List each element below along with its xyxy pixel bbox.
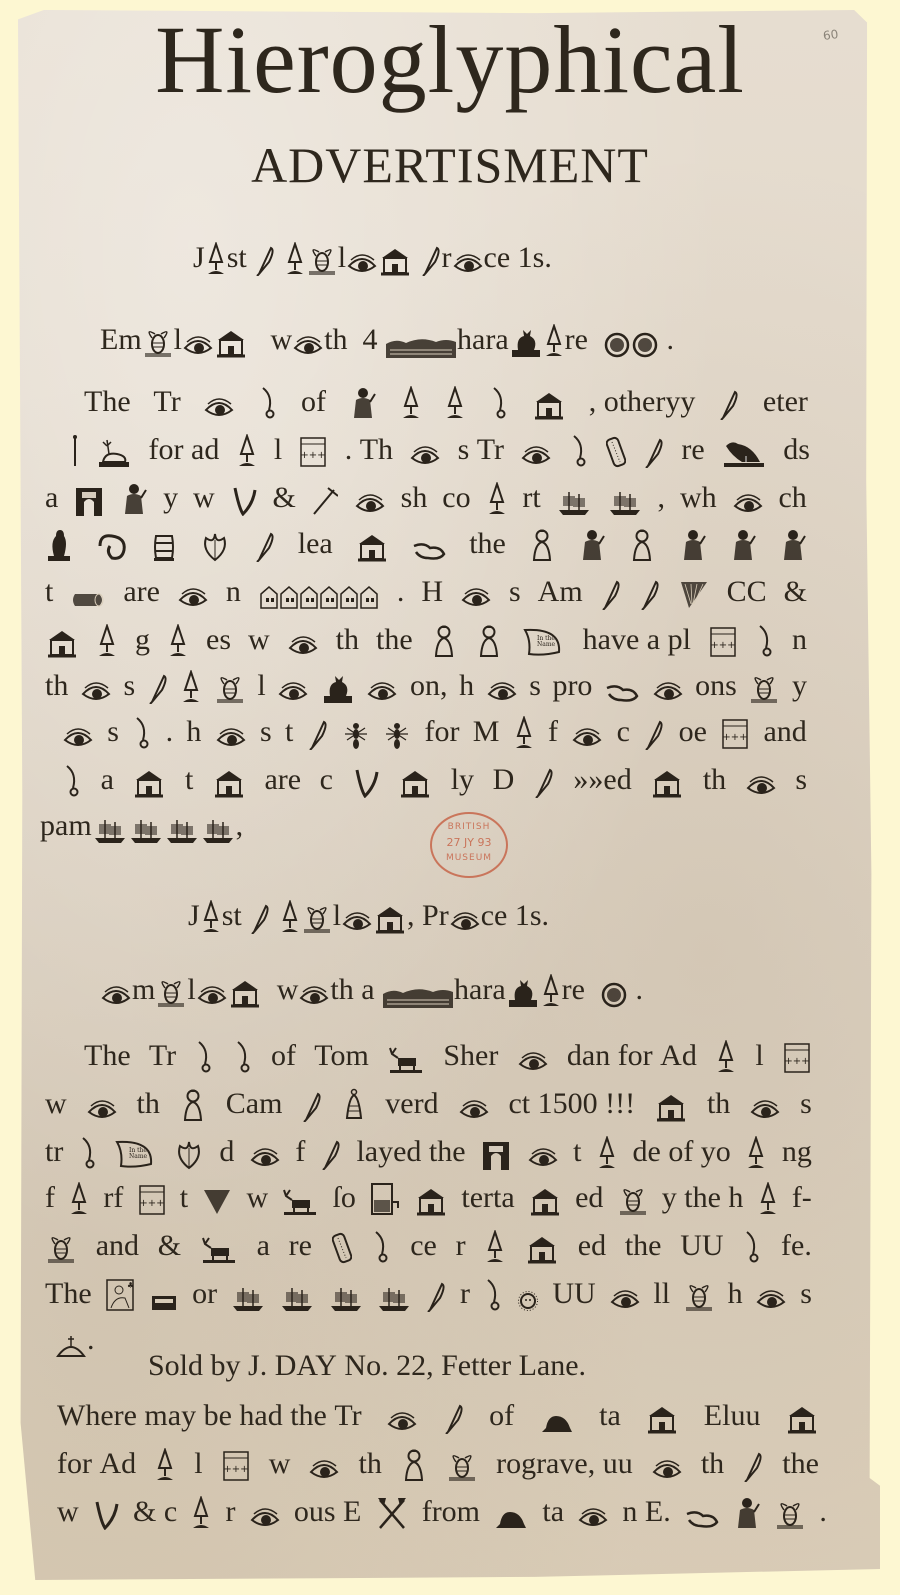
text-fragment: Tr (149, 1038, 176, 1074)
svg-text:+++: +++ (139, 1198, 164, 1209)
text-fragment: . (87, 1322, 95, 1358)
text-fragment: eter (763, 384, 808, 420)
text-fragment: , (658, 480, 666, 516)
text-fragment: fe. (781, 1228, 812, 1264)
text-line: . (55, 1322, 115, 1358)
text-fragment: layed the (356, 1134, 465, 1170)
text-fragment: & (273, 480, 296, 516)
eye-icon (367, 680, 397, 704)
svg-text:Name: Name (537, 641, 556, 648)
text-fragment: r (456, 1228, 466, 1264)
text-fragment: & (158, 1228, 181, 1264)
bell-icon (343, 1088, 365, 1122)
tree-icon (285, 242, 305, 276)
quill-icon (321, 1138, 341, 1170)
awl-icon (743, 1230, 761, 1264)
house-icon (651, 768, 683, 798)
svg-text:+++: +++ (723, 732, 748, 743)
quill-icon (719, 388, 739, 420)
ship-icon (329, 1284, 363, 1312)
eye-icon (653, 680, 683, 704)
fan-icon (679, 578, 709, 610)
text-fragment: , (236, 808, 244, 844)
document-title: Hieroglyphical (0, 12, 900, 108)
text-fragment: s (260, 714, 272, 750)
text-fragment: , Pr (407, 898, 449, 934)
hand-icon (605, 680, 639, 704)
eye-icon (355, 492, 385, 516)
text-fragment: re (565, 322, 603, 358)
ship-icon (201, 816, 235, 844)
text-fragment: ct 1500 !!! (508, 1086, 635, 1122)
house-icon (526, 1234, 558, 1264)
text-fragment: . (628, 972, 643, 1008)
text-fragment: f (548, 714, 558, 750)
text-fragment: the (782, 1446, 819, 1482)
text-fragment: , otheryy (589, 384, 696, 420)
woman-icon (180, 1088, 206, 1122)
comb-icon (332, 1232, 352, 1264)
text-fragment: have a pl (583, 622, 691, 658)
eye-icon (410, 444, 440, 468)
awl-icon (259, 386, 277, 420)
ship-icon (377, 1284, 411, 1312)
bee-icon (684, 1280, 714, 1312)
rake-icon (312, 484, 338, 516)
text-fragment: ce 1s. (481, 898, 549, 934)
eye-icon (750, 1098, 780, 1122)
landscape-icon (386, 336, 456, 358)
text-fragment: D (493, 762, 515, 798)
text-line: and&areceredtheUUfe. (45, 1228, 812, 1264)
svg-text:Name: Name (129, 1153, 148, 1160)
text-fragment: f- (792, 1180, 812, 1216)
eye-icon (183, 334, 213, 358)
text-fragment: rf (103, 1180, 123, 1216)
eye-icon (288, 634, 318, 658)
text-fragment: or (192, 1276, 217, 1312)
text-fragment: for ad (149, 432, 220, 468)
eye-icon (459, 1098, 489, 1122)
text-line: for Adl+++wthrograve, uuththe (57, 1446, 819, 1482)
text-fragment: h (728, 1276, 743, 1312)
house-icon (133, 768, 165, 798)
text-fragment: w (45, 1086, 67, 1122)
text-fragment: co (442, 480, 470, 516)
king-card-icon: ♣ (105, 1278, 135, 1312)
awl-icon (484, 1278, 502, 1312)
hat-icon (494, 1508, 528, 1530)
text-fragment: ll (653, 1276, 670, 1312)
man-icon (121, 482, 147, 516)
text-fragment: a (45, 480, 58, 516)
quill-icon (308, 718, 328, 750)
text-fragment: th (707, 1086, 730, 1122)
text-fragment: st (222, 898, 250, 934)
text-fragment (412, 240, 420, 276)
text-line: atareclyD»»edths (62, 762, 807, 798)
eye-icon (578, 1506, 608, 1530)
bird-icon (722, 436, 766, 468)
text-fragment: ds (783, 432, 810, 468)
awl-icon (490, 386, 508, 420)
text-fragment: . (819, 1494, 827, 1530)
tree-icon (168, 624, 188, 658)
text-fragment: g (135, 622, 150, 658)
tree-icon (280, 900, 300, 934)
text-fragment: . (659, 322, 674, 358)
text-fragment: st (227, 240, 255, 276)
text-line: geswththeIn theNamehave a pl+++n (45, 622, 807, 658)
text-line: Where may be had the TroftaEluu (57, 1398, 819, 1434)
text-line: TheTrofTomSherdan for Adl+++ (84, 1038, 812, 1074)
pin-icon (71, 434, 79, 468)
woman-icon (629, 528, 655, 562)
text-fragment: t (573, 1134, 581, 1170)
eye-icon (204, 396, 234, 420)
arch-icon (481, 1138, 511, 1170)
hat-icon (540, 1412, 574, 1434)
eye-icon (450, 910, 480, 934)
eye-icon (652, 1458, 682, 1482)
text-fragment: of (301, 384, 326, 420)
eye-icon (63, 726, 93, 750)
tree-icon (758, 1182, 778, 1216)
text-line: w& crous Efromtan E.. (57, 1494, 827, 1530)
text-fragment: H (421, 574, 443, 610)
bee-icon (215, 672, 245, 704)
text-fragment: The (84, 1038, 131, 1074)
text-fragment: the (469, 526, 506, 562)
eye-icon (453, 252, 483, 276)
text-fragment: & c (133, 1494, 177, 1530)
text-fragment: are (123, 574, 160, 610)
text-fragment: t (285, 714, 293, 750)
text-fragment: . Th (345, 432, 393, 468)
leaf-icon (200, 530, 230, 562)
eye-icon (81, 680, 111, 704)
hand-icon (412, 538, 446, 562)
sun-icon (517, 1290, 539, 1312)
museum-stamp: BRITISH 27 JY 93 MUSEUM (430, 812, 508, 878)
text-fragment: th (701, 1446, 724, 1482)
man-icon (350, 386, 376, 420)
document-subtitle: ADVERTISMENT (0, 140, 900, 190)
woman-icon (401, 1448, 427, 1482)
text-fragment: l (174, 322, 182, 358)
bee-icon (618, 1184, 648, 1216)
text-line: Eml wth 4 harare . (100, 322, 812, 358)
text-fragment: ons (695, 668, 737, 704)
house-icon (646, 1404, 678, 1434)
eye-icon (528, 1146, 558, 1170)
text-fragment: n (792, 622, 807, 658)
ship-icon (280, 1284, 314, 1312)
text-fragment: s (800, 1086, 812, 1122)
text-fragment: ed (578, 1228, 606, 1264)
bee-icon (156, 976, 186, 1008)
awl-icon (372, 1230, 390, 1264)
man-icon (680, 528, 706, 562)
text-fragment: ch (778, 480, 806, 516)
card-icon: +++ (721, 718, 749, 750)
man-icon (734, 1496, 760, 1530)
text-fragment: s Tr (458, 432, 504, 468)
text-fragment: f (295, 1134, 305, 1170)
text-fragment: ed (575, 1180, 603, 1216)
card-icon: +++ (138, 1184, 166, 1216)
text-fragment: m (132, 972, 155, 1008)
ship-icon (557, 488, 591, 516)
woman-icon (529, 528, 555, 562)
text-fragment: n E. (622, 1494, 670, 1530)
deer-icon (97, 436, 131, 468)
man-icon (780, 528, 806, 562)
text-fragment: verd (385, 1086, 438, 1122)
coin-icon (604, 332, 630, 358)
text-fragment: th (336, 622, 359, 658)
text-fragment: The (45, 1276, 92, 1312)
text-fragment: l (755, 1038, 763, 1074)
text-fragment: s (509, 574, 521, 610)
tree-icon (746, 1136, 766, 1170)
text-fragment: tr (45, 1134, 63, 1170)
text-fragment: Tr (153, 384, 180, 420)
ship-icon (93, 816, 127, 844)
text-fragment: wh (680, 480, 717, 516)
mound-icon (56, 1334, 86, 1358)
eye-icon (309, 1458, 339, 1482)
eye-icon (101, 984, 131, 1008)
tree-icon (401, 386, 421, 420)
text-fragment: for (424, 714, 459, 750)
tree-icon (544, 324, 564, 358)
house-icon (374, 904, 406, 934)
text-line: for adl+++. Ths Trreds (70, 432, 810, 468)
text-fragment: h (459, 668, 474, 704)
text-fragment: ly (451, 762, 474, 798)
text-fragment: t (185, 762, 193, 798)
text-fragment: lea (298, 526, 333, 562)
card-icon: +++ (299, 436, 327, 468)
awl-icon (79, 1136, 97, 1170)
card-icon: +++ (222, 1450, 250, 1482)
text-fragment: w (193, 480, 215, 516)
text-fragment: the (376, 622, 413, 658)
text-fragment: a (101, 762, 114, 798)
text-fragment: for Ad (57, 1446, 136, 1482)
text-fragment: sh (401, 480, 428, 516)
text-fragment: t (180, 1180, 188, 1216)
v-icon (93, 1498, 119, 1530)
text-line: s.hstforMfcoe+++and (62, 714, 807, 750)
eye-icon (197, 984, 227, 1008)
tree-icon (541, 974, 561, 1008)
barrel-icon (152, 532, 176, 562)
text-fragment: s (800, 1276, 812, 1312)
text-fragment: th (359, 1446, 382, 1482)
v-icon (353, 766, 379, 798)
eye-icon (746, 774, 776, 798)
house-icon (415, 1186, 447, 1216)
window-icon (370, 1182, 400, 1216)
bee-icon (749, 672, 779, 704)
text-fragment: th (703, 762, 726, 798)
text-fragment: pro (552, 668, 592, 704)
text-fragment: n (226, 574, 241, 610)
text-fragment: & (784, 574, 807, 610)
text-line: TheTrof, otheryyeter (84, 384, 808, 420)
text-fragment: w (262, 972, 299, 1008)
text-fragment: UU (680, 1228, 723, 1264)
awl-icon (756, 624, 774, 658)
v-icon (231, 484, 257, 516)
eye-icon (87, 1098, 117, 1122)
text-fragment: of (489, 1398, 514, 1434)
text-fragment: the (625, 1228, 662, 1264)
text-fragment: y (163, 480, 178, 516)
coin-icon (632, 332, 658, 358)
text-fragment: oe (679, 714, 707, 750)
text-fragment: h (186, 714, 201, 750)
horn-icon (96, 532, 128, 562)
awl-icon (133, 716, 151, 750)
awl-icon (195, 1040, 213, 1074)
ant-icon (343, 718, 369, 750)
tree-icon (191, 1496, 211, 1530)
house-icon (356, 532, 388, 562)
scroll-icon: In theName (521, 626, 565, 658)
coin-icon (601, 982, 627, 1008)
bee-icon (46, 1232, 76, 1264)
text-line: ayw&shcort,whch (45, 480, 807, 516)
text-fragment: J (188, 898, 200, 934)
svg-text:+++: +++ (784, 1056, 809, 1067)
svg-text:+++: +++ (301, 450, 326, 461)
text-fragment: Tom (314, 1038, 369, 1074)
awl-icon (63, 764, 81, 798)
eye-icon (756, 1288, 786, 1312)
quill-icon (644, 436, 664, 468)
house-icon (215, 328, 247, 358)
cat-icon (510, 328, 542, 358)
leaf-icon (174, 1138, 204, 1170)
house-icon (229, 978, 261, 1008)
text-fragment: w (248, 322, 292, 358)
text-fragment: . (397, 574, 405, 610)
tree-icon (206, 242, 226, 276)
text-fragment: ce (410, 1228, 437, 1264)
svg-text:♣: ♣ (127, 1281, 134, 1290)
text-fragment: t (45, 574, 53, 610)
quill-icon (444, 1402, 464, 1434)
eye-icon (387, 1410, 417, 1434)
ant-icon (384, 718, 410, 750)
text-fragment (276, 240, 284, 276)
text-fragment: w (269, 1446, 291, 1482)
tree-icon (716, 1040, 736, 1074)
eye-icon (733, 492, 763, 516)
text-fragment: th (137, 1086, 160, 1122)
donkey-icon (388, 1044, 424, 1074)
text-fragment: from (422, 1494, 480, 1530)
ship-icon (165, 816, 199, 844)
log-icon (71, 588, 105, 610)
eye-icon (610, 1288, 640, 1312)
tree-icon (155, 1448, 175, 1482)
ship-icon (608, 488, 642, 516)
tree-icon (514, 716, 534, 750)
bee-icon (307, 244, 337, 276)
house-icon (46, 628, 78, 658)
tree-icon (69, 1182, 89, 1216)
house-icon (379, 246, 411, 276)
text-fragment: r (442, 240, 452, 276)
text-fragment: are (264, 762, 301, 798)
text-fragment: Em (100, 322, 142, 358)
text-fragment: Sher (443, 1038, 498, 1074)
funnel-icon (202, 1186, 232, 1216)
text-fragment: and (96, 1228, 139, 1264)
ship-icon (129, 816, 163, 844)
scroll-icon: In theName (113, 1138, 157, 1170)
stamp-line-3: MUSEUM (432, 853, 506, 863)
text-line: taren.HsAmCC& (45, 574, 807, 610)
text-fragment: terta (461, 1180, 514, 1216)
text-line: leathe (45, 526, 807, 562)
svg-text:+++: +++ (710, 640, 735, 651)
bee-icon (143, 326, 173, 358)
stamp-date: 27 JY 93 (432, 836, 506, 849)
donkey-icon (282, 1186, 318, 1216)
text-fragment: l (333, 898, 341, 934)
cat-icon (507, 978, 539, 1008)
text-line: The♣orrUUllhs (45, 1276, 812, 1312)
text-fragment: The (84, 384, 131, 420)
box-icon (150, 1290, 178, 1312)
text-fragment: . (166, 714, 174, 750)
text-fragment: l (274, 432, 282, 468)
text-fragment: of (271, 1038, 296, 1074)
axes-icon (376, 1496, 408, 1530)
text-fragment: w (248, 622, 270, 658)
text-fragment: y (792, 668, 807, 704)
text-fragment: r (460, 1276, 470, 1312)
tree-icon (181, 670, 201, 704)
text-fragment: s (529, 668, 541, 704)
text-fragment: f (45, 1180, 55, 1216)
text-fragment: l (187, 972, 195, 1008)
text-fragment: w (246, 1180, 268, 1216)
eye-icon (250, 1146, 280, 1170)
man-icon (730, 528, 756, 562)
house-icon (655, 1092, 687, 1122)
house-icon (786, 1404, 818, 1434)
quill-icon (255, 530, 275, 562)
text-fragment: re (681, 432, 704, 468)
tree-icon (597, 1136, 617, 1170)
text-fragment: s (795, 762, 807, 798)
text-fragment: y the h (662, 1180, 744, 1216)
eye-icon (487, 680, 517, 704)
tree-icon (97, 624, 117, 658)
jug-icon (46, 528, 72, 562)
text-fragment: rograve, uu (496, 1446, 633, 1482)
text-fragment: s (107, 714, 119, 750)
donkey-icon (201, 1234, 237, 1264)
house-icon (529, 1186, 561, 1216)
eye-icon (293, 334, 323, 358)
